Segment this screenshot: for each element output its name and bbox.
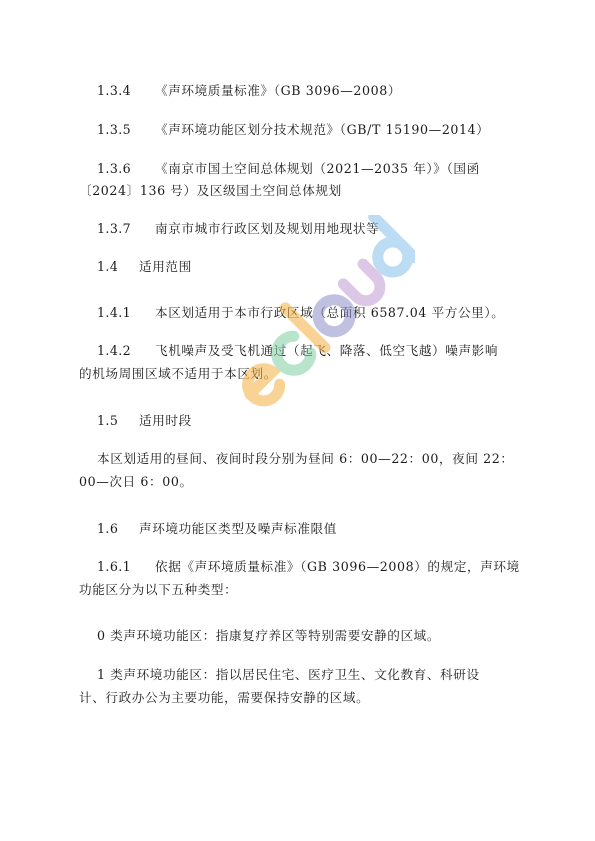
section-number: 1.4.1	[97, 305, 155, 321]
paragraph-time-period-continuation: 00—次日 6：00。	[79, 474, 519, 490]
paragraph-text: 〔2024〕136 号）及区级国土空间总体规划	[79, 183, 342, 198]
paragraph-text: 0 类声环境功能区：指康复疗养区等特别需要安静的区域。	[97, 628, 440, 643]
paragraph-1-6-1-continuation: 功能区分为以下五种类型：	[79, 582, 519, 598]
paragraph-text: 的机场周围区域不适用于本区划。	[79, 366, 277, 381]
section-number: 1.3.7	[97, 221, 155, 237]
paragraph-text: 功能区分为以下五种类型：	[79, 582, 237, 597]
paragraph-text: 1 类声环境功能区：指以居民住宅、医疗卫生、文化教育、科研设	[97, 667, 480, 682]
section-number: 1.3.4	[97, 83, 155, 99]
section-number: 1.4	[97, 259, 139, 275]
paragraph-text: 本区划适用于本市行政区域（总面积 6587.04 平方公里）。	[155, 305, 504, 320]
heading-1-4: 1.4适用范围	[97, 259, 537, 275]
paragraph-text: 南京市城市行政区划及规划用地现状等	[155, 221, 379, 236]
paragraph-text: 飞机噪声及受飞机通过（起飞、降落、低空飞越）噪声影响	[155, 343, 498, 358]
heading-text: 适用时段	[139, 413, 192, 428]
paragraph-text: 本区划适用的昼间、夜间时段分别为昼间 6：00—22：00，夜间 22：	[97, 451, 514, 466]
paragraph-class-0: 0 类声环境功能区：指康复疗养区等特别需要安静的区域。	[97, 628, 537, 644]
paragraph-1-4-1: 1.4.1本区划适用于本市行政区域（总面积 6587.04 平方公里）。	[97, 305, 537, 321]
paragraph-1-4-2-continuation: 的机场周围区域不适用于本区划。	[79, 366, 519, 382]
paragraph-1-3-4: 1.3.4《声环境质量标准》（GB 3096—2008）	[97, 83, 537, 99]
heading-1-6: 1.6声环境功能区类型及噪声标准限值	[97, 521, 537, 537]
paragraph-text: 00—次日 6：00。	[79, 474, 193, 489]
heading-1-5: 1.5适用时段	[97, 413, 537, 429]
paragraph-text: 计、行政办公为主要功能，需要保持安静的区域。	[79, 690, 369, 705]
paragraph-1-3-6-continuation: 〔2024〕136 号）及区级国土空间总体规划	[79, 183, 519, 199]
paragraph-1-6-1: 1.6.1依据《声环境质量标准》（GB 3096—2008）的规定，声环境	[97, 559, 537, 575]
paragraph-time-period: 本区划适用的昼间、夜间时段分别为昼间 6：00—22：00，夜间 22：	[97, 451, 537, 467]
paragraph-text: 《声环境质量标准》（GB 3096—2008）	[155, 83, 401, 98]
heading-text: 声环境功能区类型及噪声标准限值	[139, 521, 337, 536]
section-number: 1.4.2	[97, 343, 155, 359]
section-number: 1.3.5	[97, 122, 155, 138]
paragraph-text: 依据《声环境质量标准》（GB 3096—2008）的规定，声环境	[155, 559, 520, 574]
paragraph-text: 《南京市国土空间总体规划（2021—2035 年）》（国函	[155, 161, 480, 176]
paragraph-1-3-6: 1.3.6《南京市国土空间总体规划（2021—2035 年）》（国函	[97, 161, 537, 177]
paragraph-text: 《声环境功能区划分技术规范》（GB/T 15190—2014）	[155, 122, 489, 137]
document-page: 1.3.4《声环境质量标准》（GB 3096—2008） 1.3.5《声环境功能…	[0, 0, 595, 841]
paragraph-class-1: 1 类声环境功能区：指以居民住宅、医疗卫生、文化教育、科研设	[97, 667, 537, 683]
section-number: 1.6	[97, 521, 139, 537]
paragraph-1-4-2: 1.4.2飞机噪声及受飞机通过（起飞、降落、低空飞越）噪声影响	[97, 343, 537, 359]
heading-text: 适用范围	[139, 259, 192, 274]
section-number: 1.5	[97, 413, 139, 429]
paragraph-1-3-5: 1.3.5《声环境功能区划分技术规范》（GB/T 15190—2014）	[97, 122, 537, 138]
section-number: 1.6.1	[97, 559, 155, 575]
section-number: 1.3.6	[97, 161, 155, 177]
paragraph-1-3-7: 1.3.7南京市城市行政区划及规划用地现状等	[97, 221, 537, 237]
paragraph-class-1-continuation: 计、行政办公为主要功能，需要保持安静的区域。	[79, 690, 519, 706]
